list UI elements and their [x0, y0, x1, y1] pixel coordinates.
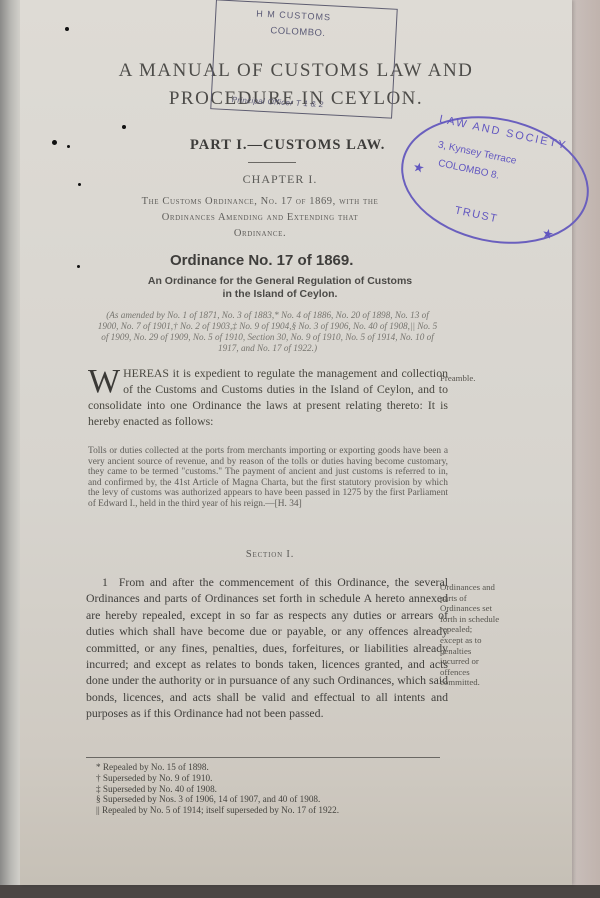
margin-note-line: repealed;: [440, 624, 540, 635]
footnote: † Superseded by No. 9 of 1910.: [96, 773, 476, 784]
document-page: A MANUAL OF CUSTOMS LAW AND PROCEDURE IN…: [20, 0, 572, 885]
margin-note-section-1: Ordinances and parts of Ordinances set f…: [440, 582, 540, 688]
customs-stamp-line-1: H M CUSTOMS: [256, 8, 331, 22]
amendments-list: (As amended by No. 1 of 1871, No. 3 of 1…: [95, 310, 440, 354]
paper-mark: [67, 145, 70, 148]
section-number: 1: [102, 575, 108, 589]
star-icon: ★: [411, 159, 426, 177]
footnote: * Repealed by No. 15 of 1898.: [96, 762, 476, 773]
star-icon: ★: [540, 225, 555, 243]
preamble-text: HEREAS it is expedient to regulate the m…: [88, 366, 448, 428]
margin-note-line: Ordinances and: [440, 582, 540, 593]
ordinance-subtitle-line-1: An Ordinance for the General Regulation …: [110, 275, 450, 288]
paper-mark: [52, 140, 57, 145]
paper-mark: [122, 125, 126, 129]
paper-mark: [65, 27, 69, 31]
section-heading: Section I.: [20, 549, 520, 560]
footnote: || Repealed by No. 5 of 1914; itself sup…: [96, 805, 476, 816]
historical-note: Tolls or duties collected at the ports f…: [88, 446, 448, 510]
adjacent-page-edge: [572, 0, 600, 898]
part-heading: PART I.—CUSTOMS LAW.: [190, 137, 385, 154]
heading-divider: [248, 162, 296, 163]
margin-note-line: Ordinances set: [440, 603, 540, 614]
background-surface: [0, 885, 600, 898]
customs-stamp-line-2: COLOMBO.: [270, 25, 326, 39]
ordinance-subtitle: An Ordinance for the General Regulation …: [110, 275, 450, 301]
section-1-text: From and after the commencement of this …: [86, 575, 448, 720]
chapter-subtitle-line-1: The Customs Ordinance, No. 17 of 1869, w…: [80, 196, 440, 207]
margin-note-line: offences: [440, 667, 540, 678]
footnote-divider: [86, 757, 440, 758]
margin-note-line: except as to: [440, 635, 540, 646]
footnote: § Superseded by Nos. 3 of 1906, 14 of 19…: [96, 794, 476, 805]
ordinance-title: Ordinance No. 17 of 1869.: [170, 252, 353, 269]
margin-note-line: incurred or: [440, 656, 540, 667]
margin-note-line: forth in schedule: [440, 614, 540, 625]
preamble: WHEREAS it is expedient to regulate the …: [88, 365, 448, 429]
drop-cap: W: [88, 367, 120, 397]
paper-mark: [77, 265, 80, 268]
stamp-bottom-text: TRUST: [454, 204, 500, 225]
footnotes: * Repealed by No. 15 of 1898. † Supersed…: [96, 762, 476, 816]
book-binding: [0, 0, 22, 898]
ordinance-subtitle-line-2: in the Island of Ceylon.: [110, 288, 450, 301]
footnote: ‡ Superseded by No. 40 of 1908.: [96, 784, 476, 795]
chapter-subtitle-line-2: Ordinances Amending and Extending that: [80, 212, 440, 223]
customs-stamp: H M CUSTOMS COLOMBO. Principal Officer T…: [210, 0, 398, 119]
margin-note-preamble: Preamble.: [440, 373, 540, 384]
margin-note-line: committed.: [440, 677, 540, 688]
margin-note-line: penalties: [440, 646, 540, 657]
chapter-subtitle-line-3: Ordinance.: [80, 228, 440, 239]
section-1: 1 From and after the commencement of thi…: [86, 574, 448, 722]
margin-note-line: parts of: [440, 593, 540, 604]
customs-stamp-line-3: Principal Officer T 1 & 2: [232, 95, 324, 109]
